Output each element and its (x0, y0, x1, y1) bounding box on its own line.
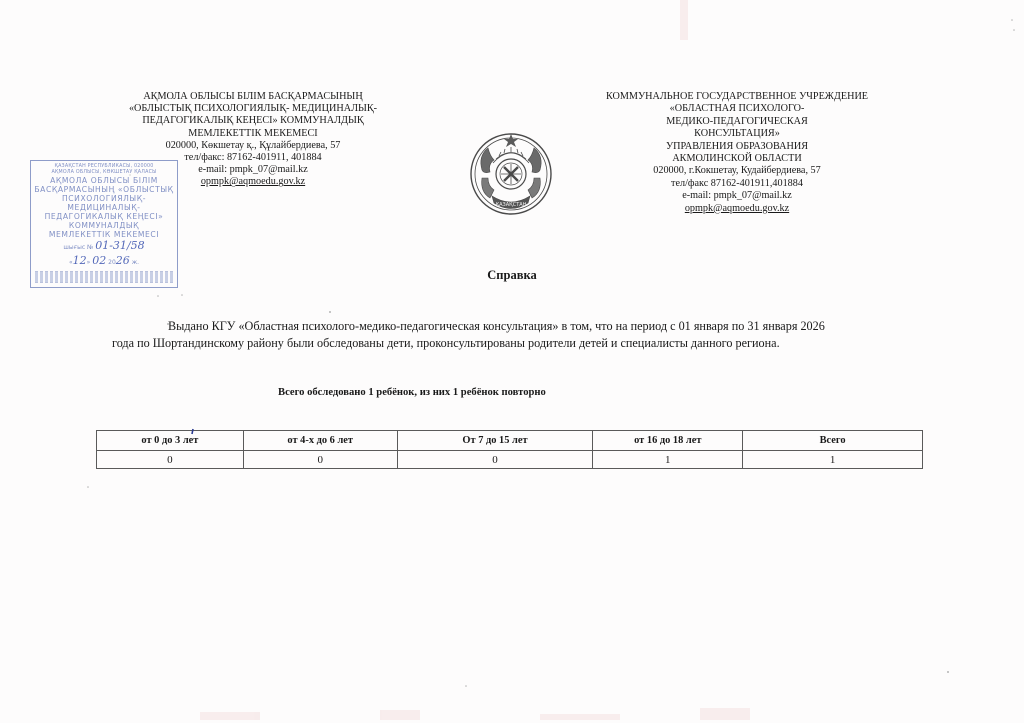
value-total: 1 (743, 451, 923, 469)
header-age-7-15: От 7 до 15 лет (397, 431, 593, 451)
header-right-line: АКМОЛИНСКОЙ ОБЛАСТИ (578, 153, 896, 165)
stamp-org-line: ПЕДАГОГИКАЛЫҚ КЕҢЕСІ» (31, 212, 177, 221)
stamp-outgoing-number: 01-31/58 (95, 239, 144, 252)
document-title: Справка (0, 268, 1024, 283)
stamp-date-year: 26 (116, 254, 130, 267)
kazakhstan-emblem-icon: ҚАЗАҚСТАН (468, 126, 554, 222)
stamp-date-month: 02 (92, 254, 106, 267)
stamp-outgoing-row: шығыс № 01-31/58 (31, 240, 177, 254)
paragraph-line-2: года по Шортандинскому району были обсле… (112, 335, 932, 352)
header-age-4-6: от 4-х до 6 лет (243, 431, 397, 451)
examination-summary: Всего обследовано 1 ребёнок, из них 1 ре… (278, 387, 546, 398)
stamp-date-row: «12» 02 2026 ж. (31, 255, 177, 269)
stamp-outgoing-label: шығыс № (63, 244, 93, 251)
header-right-line: КОНСУЛЬТАЦИЯ» (578, 128, 896, 140)
header-right-line: КОММУНАЛЬНОЕ ГОСУДАРСТВЕННОЕ УЧРЕЖДЕНИЕ (578, 91, 896, 103)
header-age-16-18: от 16 до 18 лет (593, 431, 743, 451)
header-left-line: ПЕДАГОГИКАЛЫҚ КЕҢЕСІ» КОММУНАЛДЫҚ (108, 115, 398, 127)
header-total: Всего (743, 431, 923, 451)
stamp-org-line: АҚМОЛА ОБЛЫСЫ БІЛІМ (31, 176, 177, 185)
value-age-0-3: 0 (97, 451, 244, 469)
stamp-org-line: КОММУНАЛДЫҚ (31, 221, 177, 230)
header-age-0-3: от 0 до 3 лет (97, 431, 244, 451)
value-age-4-6: 0 (243, 451, 397, 469)
stamp-date-year-prefix: 20 (108, 259, 116, 266)
svg-text:ҚАЗАҚСТАН: ҚАЗАҚСТАН (496, 202, 527, 208)
header-left-line: «ОБЛЫСТЫҚ ПСИХОЛОГИЯЛЫҚ- МЕДИЦИНАЛЫҚ- (108, 103, 398, 115)
header-right-email: e-mail: pmpk_07@mail.kz (578, 190, 896, 202)
header-right-russian: КОММУНАЛЬНОЕ ГОСУДАРСТВЕННОЕ УЧРЕЖДЕНИЕ … (578, 91, 896, 215)
value-age-7-15: 0 (397, 451, 593, 469)
value-age-16-18: 1 (593, 451, 743, 469)
age-group-stats-table: от 0 до 3 лет от 4-х до 6 лет От 7 до 15… (96, 430, 923, 469)
stamp-org-line: ПСИХОЛОГИЯЛЫҚ- (31, 194, 177, 203)
header-left-line: АҚМОЛА ОБЛЫСЫ БІЛІМ БАСҚАРМАСЫНЫҢ (108, 91, 398, 103)
header-right-line: МЕДИКО-ПЕДАГОГИЧЕСКАЯ (578, 116, 896, 128)
certificate-paragraph: Выдано КГУ «Областная психолого-медико-п… (112, 318, 932, 352)
header-left-address: 020000, Көкшетау қ., Құлайбердиева, 57 (108, 140, 398, 152)
header-right-address: 020000, г.Кокшетау, Кудайбердиева, 57 (578, 165, 896, 177)
table-header-row: от 0 до 3 лет от 4-х до 6 лет От 7 до 15… (97, 431, 923, 451)
stamp-date-day: 12 (73, 254, 87, 267)
table-row: 0 0 0 1 1 (97, 451, 923, 469)
stamp-org-line: МЕМЛЕКЕТТІК МЕКЕМЕСІ (31, 230, 177, 239)
header-right-phone: тел/факс 87162-401911,401884 (578, 178, 896, 190)
header-right-line: «ОБЛАСТНАЯ ПСИХОЛОГО- (578, 103, 896, 115)
header-right-line: УПРАВЛЕНИЯ ОБРАЗОВАНИЯ (578, 141, 896, 153)
stamp-org-line: БАСҚАРМАСЫНЫҢ «ОБЛЫСТЫҚ (31, 185, 177, 194)
header-left-line: МЕМЛЕКЕТТІК МЕКЕМЕСІ (108, 128, 398, 140)
stamp-org-line: МЕДИЦИНАЛЫҚ- (31, 203, 177, 212)
paragraph-line-1: Выдано КГУ «Областная психолого-медико-п… (112, 318, 932, 335)
header-right-email-link[interactable]: opmpk@aqmoedu.gov.kz (578, 203, 896, 215)
stamp-date-suffix: ж. (132, 259, 139, 266)
